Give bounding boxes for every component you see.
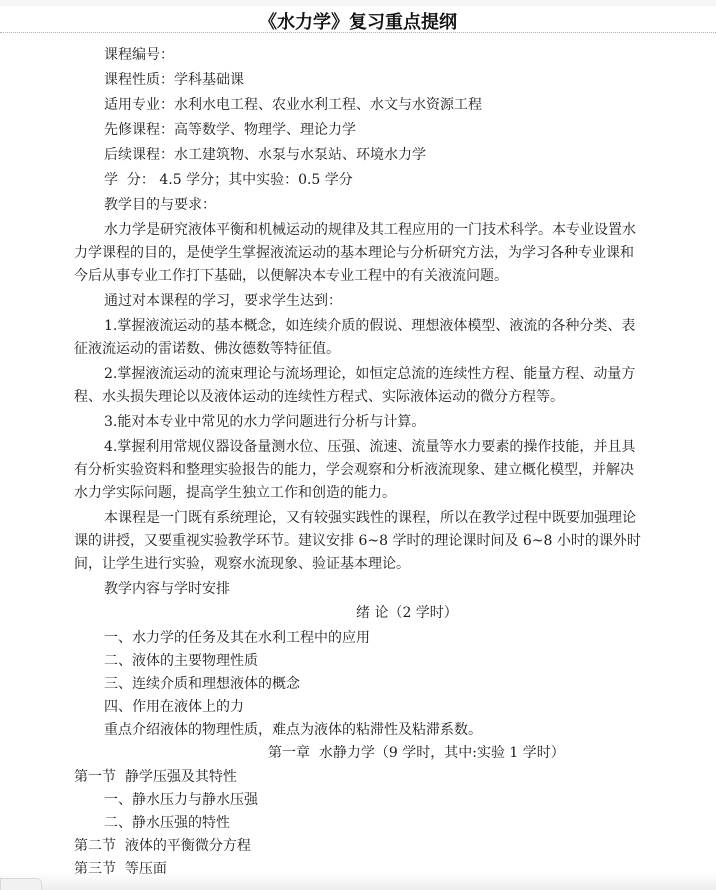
- chapter1-section-title: 第一节 静学压强及其特性: [74, 768, 237, 786]
- course-info-nature: 课程性质：学科基础课: [104, 71, 244, 89]
- document-title: 《水力学》复习重点提纲: [0, 8, 716, 34]
- intro-section-item: 三、连续介质和理想液体的概念: [104, 675, 300, 693]
- intro-paragraph-line: 今后从事专业工作打下基础，以便解决本专业工程中的有关液流问题。: [74, 267, 508, 285]
- course-info-credits: 学 分： 4.5 学分；其中实验：0.5 学分: [104, 171, 353, 189]
- page-tab[interactable]: [0, 878, 42, 890]
- course-info-prerequisites: 先修课程：高等数学、物理学、理论力学: [104, 121, 356, 139]
- intro-paragraph-line: 水力学是研究液体平衡和机械运动的规律及其工程应用的一门技术科学。本专业设置水: [104, 221, 636, 239]
- intro-section-item: 二、液体的主要物理性质: [104, 652, 258, 670]
- bottom-fade: [0, 872, 716, 890]
- goal-item: 水力学实际问题，提高学生独立工作和创造的能力。: [74, 484, 396, 502]
- chapter1-heading: 第一章 水静力学（9 学时，其中:实验 1 学时）: [268, 744, 565, 762]
- chapter1-section-item: 一、静水压力与静水压强: [104, 791, 258, 809]
- intro-section-focus: 重点介绍液体的物理性质，难点为液体的粘滞性及粘滞系数。: [104, 721, 482, 739]
- intro-paragraph-line: 力学课程的目的，是使学生掌握液流运动的基本理论与分析研究方法，为学习各种专业课和: [74, 244, 634, 262]
- top-band: [0, 0, 716, 6]
- goal-item: 4.掌握利用常规仪器设备量测水位、压强、流速、流量等水力要素的操作技能，并且具: [104, 438, 635, 456]
- objectives-heading: 教学目的与要求：: [104, 196, 216, 214]
- goal-item: 2.掌握液流运动的流束理论与流场理论，如恒定总流的连续性方程、能量方程、动量方: [104, 365, 635, 383]
- course-paragraph-line: 本课程是一门既有系统理论，又有较强实践性的课程，所以在教学过程中既要加强理论: [104, 509, 636, 527]
- intro-section-item: 四、作用在液体上的力: [104, 698, 244, 716]
- header-divider: [0, 32, 716, 33]
- course-paragraph-line: 间，让学生进行实验，观察水流现象、验证基本理论。: [74, 555, 410, 573]
- goal-item: 3.能对本专业中常见的水力学问题进行分析与计算。: [104, 413, 425, 431]
- goals-intro: 通过对本课程的学习，要求学生达到：: [104, 292, 342, 310]
- schedule-heading: 教学内容与学时安排: [104, 580, 230, 598]
- chapter1-section-title: 第二节 液体的平衡微分方程: [74, 837, 251, 855]
- intro-section-heading: 绪 论（2 学时）: [356, 604, 458, 622]
- goal-item: 1.掌握液流运动的基本概念，如连续介质的假说、理想液体模型、液流的各种分类、表: [104, 317, 635, 335]
- goal-item: 征液流运动的雷诺数、佛汝德数等特征值。: [74, 340, 340, 358]
- course-info-majors: 适用专业：水利水电工程、农业水利工程、水文与水资源工程: [104, 96, 482, 114]
- goal-item: 程、水头损失理论以及液体运动的连续性方程式、实际液体运动的微分方程等。: [74, 388, 564, 406]
- course-paragraph-line: 课的讲授，又要重视实验教学环节。建议安排 6~8 学时的理论课时间及 6~8 小…: [74, 532, 641, 550]
- intro-section-item: 一、水力学的任务及其在水利工程中的应用: [104, 629, 370, 647]
- course-info-number: 课程编号：: [104, 46, 174, 64]
- goal-item: 有分析实验资料和整理实验报告的能力，学会观察和分析液流现象、建立概化模型，并解决: [74, 461, 634, 479]
- course-info-followups: 后续课程：水工建筑物、水泵与水泵站、环境水力学: [104, 146, 426, 164]
- chapter1-section-item: 二、静水压强的特性: [104, 814, 230, 832]
